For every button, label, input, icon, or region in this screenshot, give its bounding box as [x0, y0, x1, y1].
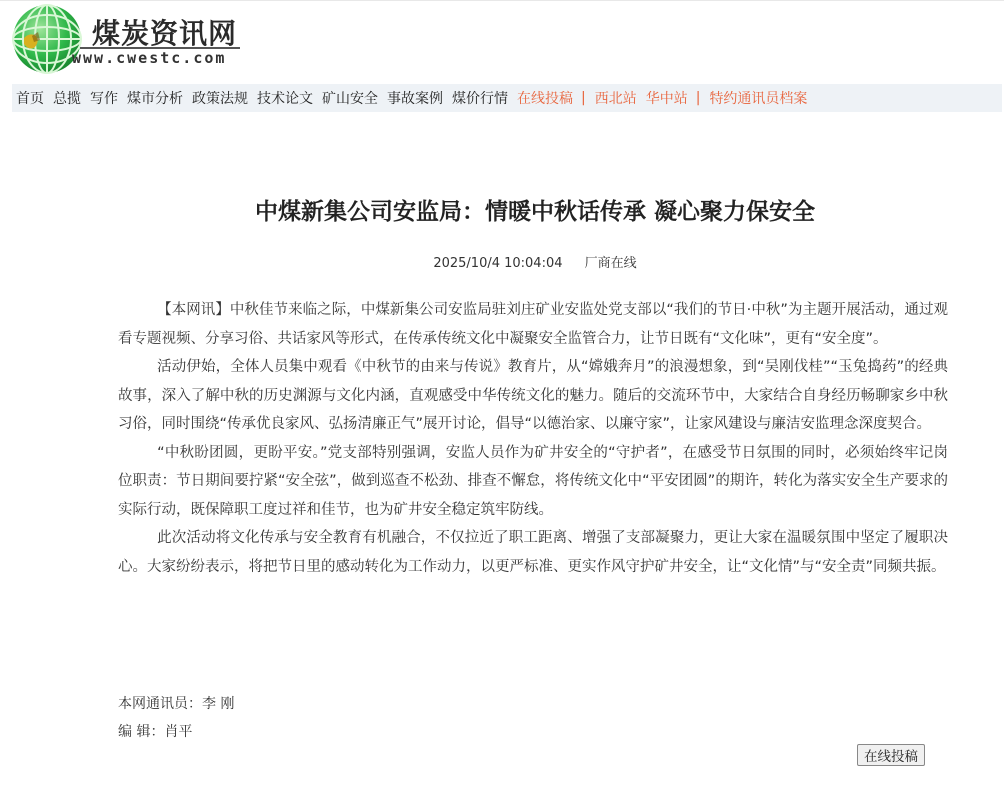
nav-accident-cases[interactable]: 事故案例: [387, 88, 443, 108]
article-body: 【本网讯】中秋佳节来临之际，中煤新集公司安监局驻刘庄矿业安监处党支部以“我们的节…: [118, 296, 948, 581]
nav-home[interactable]: 首页: [16, 88, 44, 108]
top-border: [0, 0, 1004, 1]
nav-correspondent-archive[interactable]: 特约通讯员档案: [709, 88, 807, 108]
site-url: www.cwestc.com: [72, 49, 226, 67]
nav-online-submission[interactable]: 在线投稿: [517, 88, 573, 108]
nav-coal-price[interactable]: 煤价行情: [452, 88, 508, 108]
nav-central-station[interactable]: 华中站: [646, 88, 688, 108]
main-nav: 首页 总揽 写作 煤市分析 政策法规 技术论文 矿山安全 事故案例 煤价行情 在…: [12, 84, 1002, 112]
article-paragraph: 【本网讯】中秋佳节来临之际，中煤新集公司安监局驻刘庄矿业安监处党支部以“我们的节…: [118, 296, 948, 353]
nav-separator: |: [696, 90, 701, 106]
correspondent-credit: 本网通讯员：李 刚: [118, 690, 234, 718]
article-datetime: 2025/10/4 10:04:04: [433, 256, 562, 271]
online-submission-button[interactable]: 在线投稿: [857, 744, 925, 766]
article-source: 厂商在线: [585, 256, 637, 271]
nav-policy[interactable]: 政策法规: [192, 88, 248, 108]
article-paragraph: “中秋盼团圆，更盼平安。”党支部特别强调，安监人员作为矿井安全的“守护者”，在感…: [118, 439, 948, 525]
nav-market-analysis[interactable]: 煤市分析: [127, 88, 183, 108]
article-title: 中煤新集公司安监局：情暖中秋话传承 凝心聚力保安全: [0, 193, 1004, 226]
nav-mine-safety[interactable]: 矿山安全: [322, 88, 378, 108]
site-logo[interactable]: 煤炭资讯网 www.cwestc.com: [10, 2, 240, 78]
editor-credit: 编 辑：肖平: [118, 718, 234, 746]
article-meta: 2025/10/4 10:04:04 厂商在线: [0, 252, 1004, 271]
article-paragraph: 此次活动将文化传承与安全教育有机融合，不仅拉近了职工距离、增强了支部凝聚力，更让…: [118, 524, 948, 581]
nav-writing[interactable]: 写作: [90, 88, 118, 108]
nav-overview[interactable]: 总揽: [53, 88, 81, 108]
article-paragraph: 活动伊始，全体人员集中观看《中秋节的由来与传说》教育片，从“嫦娥奔月”的浪漫想象…: [118, 353, 948, 439]
site-name: 煤炭资讯网: [92, 12, 237, 52]
nav-tech-papers[interactable]: 技术论文: [257, 88, 313, 108]
nav-northwest-station[interactable]: 西北站: [595, 88, 637, 108]
nav-separator: |: [581, 90, 586, 106]
article-credits: 本网通讯员：李 刚 编 辑：肖平: [118, 690, 234, 746]
